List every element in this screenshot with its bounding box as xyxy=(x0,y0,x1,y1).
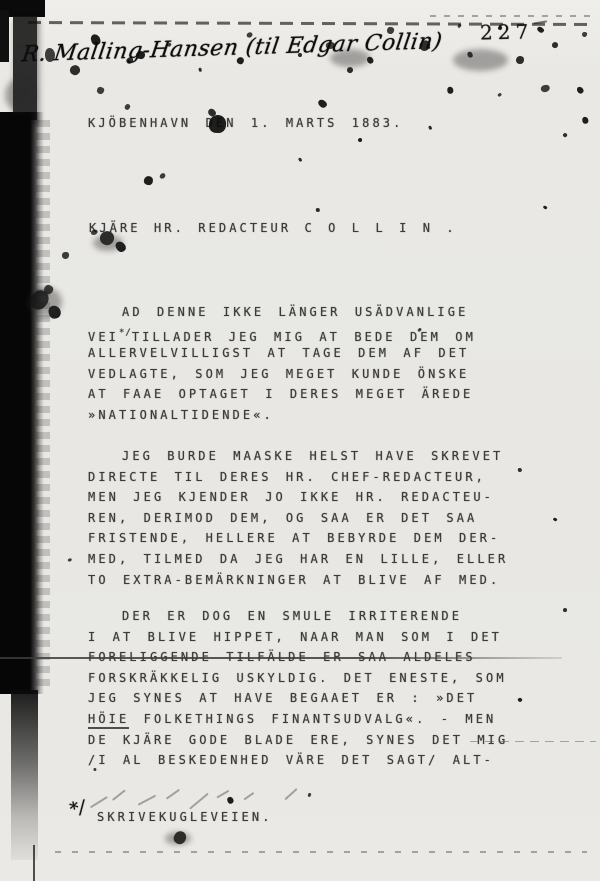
body-line: VEI*/TILLADER JEG MIG AT BEDE DEM OM xyxy=(88,323,476,344)
ink-speck xyxy=(536,26,544,34)
scan-artifact-left-band-tail xyxy=(33,845,35,881)
ink-speck xyxy=(346,66,354,74)
body-line: /I AL BESKEDENHED VÄRE DET SAGT/ ALT- xyxy=(88,750,508,771)
body-line: DER ER DOG EN SMULE IRRITERENDE xyxy=(88,606,508,627)
salutation: KJÄRE HR. REDACTEUR C O L L I N . xyxy=(89,221,457,235)
pencil-scribble xyxy=(243,792,254,800)
ink-speck xyxy=(542,205,548,210)
ink-speck xyxy=(298,157,303,162)
pencil-scribble xyxy=(189,793,208,810)
dateline: KJÖBENHAVN DEN 1. MARTS 1883. xyxy=(88,116,403,130)
ink-speck xyxy=(93,768,97,772)
ink-speck xyxy=(517,697,523,703)
body-line: I AT BLIVE HIPPET, NAAR MAN SOM I DET xyxy=(88,627,508,648)
scan-artifact-horizontal-line xyxy=(0,657,562,659)
ink-smudge xyxy=(93,235,123,251)
ink-smudge xyxy=(330,49,370,67)
body-line: AD DENNE IKKE LÄNGER USÄDVANLIGE xyxy=(88,302,476,323)
ink-speck xyxy=(308,793,312,798)
pencil-scribble xyxy=(90,796,108,808)
body-line: HÖIE FOLKETHINGS FINANTSUDVALG«. - MEN xyxy=(88,709,508,730)
ink-smudge xyxy=(165,832,191,845)
ink-speck xyxy=(143,175,154,186)
ink-speck xyxy=(428,126,433,131)
body-line: MED, TILMED DA JEG HAR EN LILLE, ELLER xyxy=(88,549,508,570)
scan-artifact-left-notch xyxy=(0,10,9,62)
pencil-scribble xyxy=(284,788,297,800)
ink-smudge xyxy=(28,287,62,317)
ink-speck xyxy=(325,41,334,49)
ink-speck xyxy=(209,115,227,133)
ink-speck xyxy=(497,92,502,97)
ink-smudge xyxy=(5,78,35,112)
pencil-scribble xyxy=(138,795,156,806)
body-line: VEDLAGTE, SOM JEG MEGET KUNDE ÖNSKE xyxy=(88,364,476,385)
ink-speck xyxy=(316,208,320,212)
ink-speck xyxy=(316,97,327,108)
body-line: JEG SYNES AT HAVE BEGAAET ER : »DET xyxy=(88,688,508,709)
body-line: »NATIONALTIDENDE«. xyxy=(88,405,476,426)
ink-speck xyxy=(447,87,453,94)
ink-speck xyxy=(124,103,131,110)
ink-speck xyxy=(552,517,557,522)
ink-speck xyxy=(226,796,234,804)
body-line: MEN JEG KJENDER JO IKKE HR. REDACTEU- xyxy=(88,487,508,508)
ink-speck xyxy=(576,86,584,94)
footnote-text: SKRIVEKUGLEVEIEN. xyxy=(97,810,273,824)
ink-speck xyxy=(358,138,363,143)
pencil-scribble xyxy=(112,789,126,800)
ink-speck xyxy=(516,56,524,64)
ink-speck xyxy=(61,251,68,258)
body-line: AT FAAE OPTAGET I DERES MEGET ÄREDE xyxy=(88,384,476,405)
pencil-scribble xyxy=(166,789,180,799)
footnote-marker: */ xyxy=(68,797,87,821)
ink-speck xyxy=(159,172,167,180)
ink-speck xyxy=(96,86,105,95)
ink-smudge xyxy=(453,49,508,71)
scanned-letter-page: R. Malling-Hansen (til Edgar Collin) 227… xyxy=(0,0,600,881)
body-line: ALLERVELVILLIGST AT TAGE DEM AF DET xyxy=(88,343,476,364)
ink-speck xyxy=(386,26,394,34)
ink-speck xyxy=(67,558,72,563)
page-number: 227 xyxy=(480,20,534,45)
body-line: DIRECTE TIL DERES HR. CHEF-REDACTEUR, xyxy=(88,467,508,488)
ink-speck xyxy=(562,132,568,138)
ink-speck xyxy=(582,116,589,123)
paragraph: JEG BURDE MAASKE HELST HAVE SKREVETDIREC… xyxy=(88,446,508,590)
ink-speck xyxy=(551,41,559,49)
ink-speck xyxy=(198,68,202,72)
body-line: JEG BURDE MAASKE HELST HAVE SKREVET xyxy=(88,446,508,467)
body-line: DE KJÄRE GODE BLADE ERE, SYNES DET MIG xyxy=(88,730,508,751)
body-line: FRISTENDE, HELLERE AT BEBYRDE DEM DER- xyxy=(88,528,508,549)
scan-artifact-dotted-line-bottom xyxy=(55,851,587,853)
paragraph: AD DENNE IKKE LÄNGER USÄDVANLIGEVEI*/TIL… xyxy=(88,302,476,426)
paragraph: DER ER DOG EN SMULE IRRITERENDEI AT BLIV… xyxy=(88,606,508,771)
scan-artifact-faint-line-right xyxy=(470,741,596,742)
ink-speck xyxy=(135,51,144,60)
scan-artifact-left-band-fade xyxy=(11,690,38,860)
ink-speck xyxy=(563,608,568,613)
scan-artifact-top-border-right xyxy=(430,15,595,17)
body-line: REN, DERIMOD DEM, OG SAA ER DET SAA xyxy=(88,508,508,529)
scan-artifact-band-edge-noise xyxy=(36,120,50,690)
ink-speck xyxy=(582,32,588,38)
body-line: TO EXTRA-BEMÄRKNINGER AT BLIVE AF MED. xyxy=(88,570,508,591)
ink-speck xyxy=(518,468,522,472)
ink-speck xyxy=(540,84,550,92)
body-line: FORSKRÄKKELIG USKYLDIG. DET ENESTE, SOM xyxy=(88,668,508,689)
